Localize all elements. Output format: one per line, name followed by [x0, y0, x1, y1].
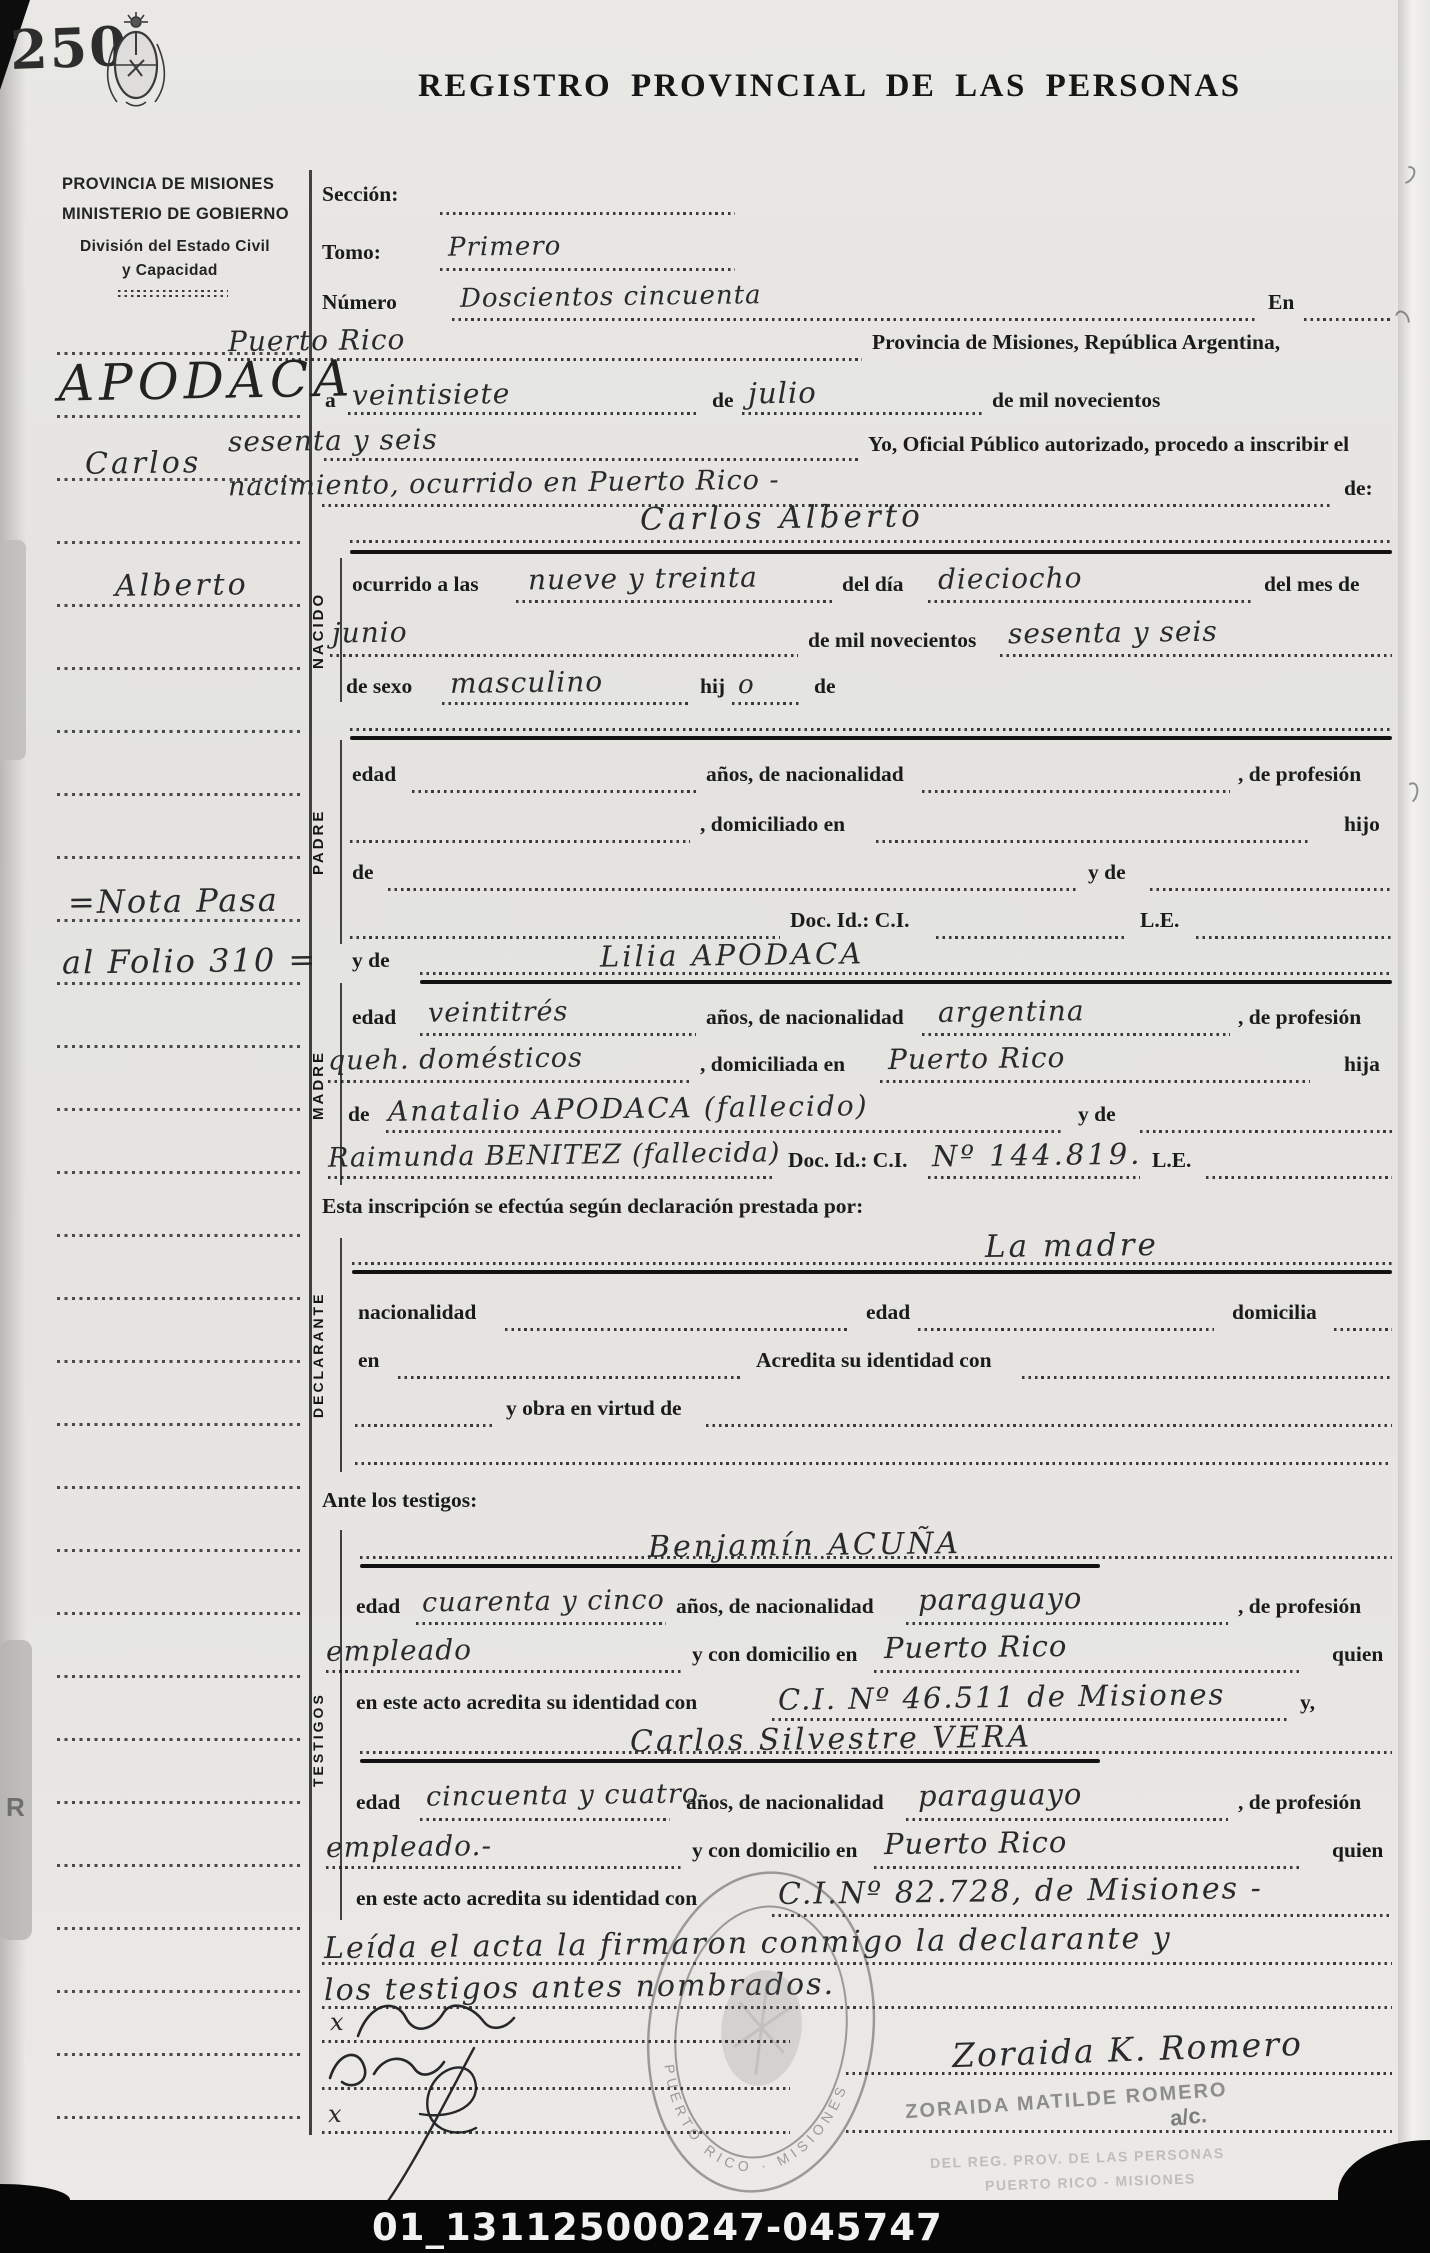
padre-prof-line	[350, 840, 690, 843]
declarante-edad-label: edad	[866, 1300, 910, 1325]
w2-nac-line	[906, 1818, 1228, 1821]
seccion-label: Sección:	[322, 182, 398, 207]
madre-y-de2-line	[1140, 1130, 1392, 1133]
w2-nacionalidad-value: paraguayo	[918, 1777, 1083, 1813]
month-line	[742, 412, 984, 415]
margin-given-name-2: Alberto	[115, 567, 249, 604]
nacido-ocurrido-label: ocurrido a las	[352, 572, 479, 597]
madre-name-dotted	[420, 972, 1392, 975]
declarante-domicilia-label: domicilia	[1232, 1300, 1317, 1325]
w1-edad-line	[416, 1622, 666, 1625]
w2-profesion-value: empleado.-	[326, 1829, 492, 1864]
margin-rule-line	[57, 1675, 303, 1678]
margin-rule-line	[57, 982, 303, 985]
declarante-rule	[352, 1270, 1392, 1274]
w1-domicilio-label: y con domicilio en	[692, 1642, 857, 1667]
office-line-1: PROVINCIA DE MISIONES	[62, 175, 274, 194]
w2-dom-line	[874, 1866, 1302, 1869]
madre-ci-value: Nº 144.819.	[932, 1137, 1143, 1174]
w1-nac-line	[906, 1622, 1228, 1625]
edge-mark: R	[6, 1792, 25, 1823]
office-line-4: y Capacidad	[122, 262, 218, 280]
padre-rail	[340, 740, 342, 944]
madre-doc-label: Doc. Id.: C.I.	[788, 1148, 907, 1173]
declarante-en-label: en	[358, 1348, 380, 1373]
margin-rule-line	[57, 793, 303, 796]
madre-name-value: Lilia APODACA	[600, 936, 865, 973]
madre-edad-line	[420, 1033, 696, 1036]
declarante-rail	[340, 1238, 342, 1472]
nacido-hij-line	[732, 702, 802, 705]
padre-ci-line	[936, 936, 1126, 939]
nacido-month-value: junio	[332, 616, 408, 650]
margin-rule-line	[57, 1360, 303, 1363]
margin-rule-line	[57, 1171, 303, 1174]
w1-quien-label: quien	[1332, 1642, 1383, 1667]
declarante-obra-line	[706, 1424, 1392, 1427]
padre-top-dotted	[350, 728, 1392, 731]
nacido-hij-value: o	[738, 670, 755, 700]
nacido-sexo-label: de sexo	[346, 674, 412, 699]
madre-name-rule	[420, 980, 1392, 984]
margin-rule-line	[57, 1612, 303, 1615]
signature-scrawl-2	[324, 2044, 584, 2214]
nacido-month-line	[330, 654, 798, 657]
official-signature: Zoraida K. Romero	[951, 2024, 1303, 2075]
margin-rule-line	[57, 1801, 303, 1804]
nacido-de-label: de	[814, 674, 836, 699]
nacido-sex-line	[442, 702, 688, 705]
margin-rule-line	[57, 541, 303, 544]
margin-rule-line	[57, 1423, 303, 1426]
padre-y-de-label: y de	[1088, 860, 1126, 885]
declarante-domicilia-line	[1334, 1328, 1392, 1331]
declarante-obra-pre-line	[355, 1424, 495, 1427]
gutter-blob-2	[0, 1640, 32, 1940]
office-underline-2	[118, 295, 228, 297]
event-value: nacimiento, ocurrido en Puerto Rico -	[228, 465, 780, 503]
day-value: veintisiete	[352, 377, 511, 412]
de-mil-text: de mil novecientos	[992, 388, 1160, 413]
margin-rule-line	[57, 604, 303, 607]
margin-rule-line	[57, 2116, 303, 2119]
margin-rule-line	[57, 2053, 303, 2056]
padre-nac-line	[922, 790, 1230, 793]
stamp-official-role: a/c.	[1169, 2102, 1208, 2132]
w1-nacionalidad-value: paraguayo	[918, 1581, 1083, 1617]
w2-edad-label: edad	[356, 1790, 400, 1815]
padre-dom-line	[876, 840, 1310, 843]
madre-madre-value: Raimunda BENITEZ (fallecida)	[328, 1137, 781, 1174]
margin-rule-line	[57, 856, 303, 859]
declarante-en-line	[398, 1376, 740, 1379]
witness2-name-rule	[360, 1759, 1100, 1763]
w1-anos-label: años, de nacionalidad	[676, 1594, 874, 1619]
margin-rule-line	[57, 1297, 303, 1300]
madre-padre-line	[386, 1130, 1062, 1133]
madre-prof-line	[328, 1080, 690, 1083]
w1-domicilio-value: Puerto Rico	[884, 1629, 1068, 1665]
w2-edad-line	[420, 1818, 670, 1821]
nacido-year-value: sesenta y seis	[1008, 615, 1218, 651]
madre-profesion-label: , de profesión	[1238, 1005, 1361, 1030]
madre-domiciliada-label: , domiciliada en	[700, 1052, 845, 1077]
w2-edad-value: cincuenta y cuatro	[426, 1778, 699, 1812]
margin-rule-line	[57, 1738, 303, 1741]
provincia-text: Provincia de Misiones, República Argenti…	[872, 330, 1280, 355]
madre-profesion-value: queh. domésticos	[328, 1042, 583, 1076]
witness1-name: Benjamín ACUÑA	[648, 1526, 961, 1565]
place-line	[228, 358, 862, 361]
margin-rule-line	[57, 730, 303, 733]
nacido-sex-value: masculino	[450, 665, 604, 700]
year-value: sesenta y seis	[228, 423, 438, 459]
padre-domiciliado-label: , domiciliado en	[700, 812, 845, 837]
document-page: 250 REGISTRO PROVINCIAL DE LAS PERSONAS …	[0, 0, 1430, 2253]
w1-y-label: y,	[1300, 1690, 1315, 1715]
w1-dom-line	[874, 1670, 1302, 1673]
stamp-faint-line-1: DEL REG. PROV. DE LAS PERSONAS	[930, 2145, 1225, 2171]
sig-line-2	[322, 2087, 790, 2090]
declarante-declared-by: La madre	[985, 1227, 1159, 1265]
margin-rule-line	[57, 1486, 303, 1489]
margin-rule-line	[57, 1990, 303, 1993]
sig-mark-2: x	[328, 2100, 343, 2128]
padre-de-label: de	[352, 860, 374, 885]
declarante-nacionalidad-label: nacionalidad	[358, 1300, 476, 1325]
nacido-del-dia-label: del día	[842, 572, 904, 597]
section-label-padre: PADRE	[310, 742, 336, 942]
year-line	[324, 458, 860, 461]
en-label: En	[1268, 290, 1294, 315]
numero-value: Doscientos cincuenta	[460, 280, 762, 314]
declarante-acredita-label: Acredita su identidad con	[756, 1348, 992, 1373]
madre-anos-label: años, de nacionalidad	[706, 1005, 904, 1030]
place-value: Puerto Rico	[228, 323, 406, 358]
page-title: REGISTRO PROVINCIAL DE LAS PERSONAS	[418, 68, 1242, 105]
madre-edad-label: edad	[352, 1005, 396, 1030]
de-label: de	[712, 388, 734, 413]
madre-de-label: de	[348, 1102, 370, 1127]
edge-strip-right	[1398, 0, 1430, 2253]
de-colon-label: de:	[1344, 476, 1373, 501]
witness1-name-dotted	[360, 1556, 1392, 1559]
stamp-faint-line-2: PUERTO RICO - MISIONES	[985, 2170, 1196, 2193]
nacido-day-line	[928, 600, 1254, 603]
padre-hijo-label: hijo	[1344, 812, 1380, 837]
declarante-dotted	[352, 1262, 1392, 1265]
w1-doc-value: C.I. Nº 46.511 de Misiones	[778, 1677, 1226, 1716]
nacido-hij-label: hij	[700, 674, 725, 699]
w2-domicilio-value: Puerto Rico	[884, 1825, 1068, 1861]
madre-dom-line	[880, 1080, 1310, 1083]
seccion-blank	[440, 212, 735, 215]
padre-le-line	[1196, 936, 1392, 939]
madre-domicilio-value: Puerto Rico	[888, 1041, 1066, 1076]
testigos-intro: Ante los testigos:	[322, 1488, 477, 1513]
nacido-time-value: nueve y treinta	[528, 561, 758, 597]
numero-line	[452, 318, 1258, 321]
margin-rule-line	[57, 1108, 303, 1111]
madre-nac-line	[922, 1033, 1230, 1036]
padre-y-de-line	[1150, 888, 1392, 891]
padre-profesion-label: , de profesión	[1238, 762, 1361, 787]
w1-edad-label: edad	[356, 1594, 400, 1619]
w2-quien-label: quien	[1332, 1838, 1383, 1863]
coat-of-arms-icon	[102, 10, 170, 112]
registered-name: Carlos Alberto	[640, 498, 924, 537]
padre-edad-line	[412, 790, 696, 793]
w2-anos-label: años, de nacionalidad	[686, 1790, 884, 1815]
padre-le-label: L.E.	[1140, 908, 1179, 933]
sig-line-3	[322, 2131, 790, 2134]
margin-rule-line	[57, 1234, 303, 1237]
en-line	[1304, 318, 1392, 321]
madre-edad-value: veintitrés	[428, 996, 569, 1029]
tomo-label: Tomo:	[322, 240, 381, 265]
w1-acredita-label: en este acto acredita su identidad con	[356, 1690, 697, 1715]
w2-acredita-label: en este acto acredita su identidad con	[356, 1886, 697, 1911]
madre-padre-value: Anatalio APODACA (fallecido)	[388, 1089, 869, 1128]
month-value: julio	[748, 376, 817, 411]
stamp-line	[846, 2130, 1392, 2133]
oficial-text: Yo, Oficial Público autorizado, procedo …	[868, 432, 1349, 457]
office-line-2: MINISTERIO DE GOBIERNO	[62, 205, 289, 224]
gutter-blob-1	[0, 540, 26, 760]
tomo-value: Primero	[448, 231, 562, 262]
tomo-line	[440, 268, 735, 271]
nacido-del-mes-label: del mes de	[1264, 572, 1360, 597]
padre-anos-label: años, de nacionalidad	[706, 762, 904, 787]
padre-de-line	[388, 888, 1076, 891]
witness2-name-dotted	[360, 1751, 1392, 1754]
padre-doc-label: Doc. Id.: C.I.	[790, 908, 909, 933]
declarante-nac-line	[505, 1328, 850, 1331]
declarante-obra-label: y obra en virtud de	[506, 1396, 682, 1421]
sig-line-1	[322, 2040, 790, 2043]
w1-profesion-value: empleado	[326, 1633, 472, 1668]
day-line	[348, 412, 700, 415]
margin-rule-line	[57, 1864, 303, 1867]
registry-seal: PUERTO RICO · MISIONES	[616, 1846, 906, 2219]
nacido-day-value: dieciocho	[938, 561, 1083, 596]
section-label-declarante: DECLARANTE	[310, 1240, 336, 1470]
nacido-year-line	[1000, 654, 1392, 657]
madre-madre-line	[328, 1176, 774, 1179]
margin-rule-line	[57, 415, 303, 418]
a-label: a	[325, 388, 336, 413]
office-underline	[118, 290, 228, 292]
declarante-blank-line	[355, 1462, 1392, 1465]
madre-ci-line	[928, 1176, 1140, 1179]
margin-given-name-1: Carlos	[85, 445, 202, 481]
declarante-edad-line	[918, 1328, 1214, 1331]
madre-nacionalidad-value: argentina	[938, 994, 1085, 1029]
photo-id-text: 01_131125000247-045747	[372, 2206, 943, 2249]
official-sig-line	[846, 2072, 1392, 2075]
nacido-de-mil-label: de mil novecientos	[808, 628, 976, 653]
padre-top-rule	[350, 736, 1392, 740]
margin-rule-line	[57, 1927, 303, 1930]
madre-hija-label: hija	[1344, 1052, 1380, 1077]
office-line-3: División del Estado Civil	[80, 238, 270, 256]
madre-le-label: L.E.	[1152, 1148, 1191, 1173]
margin-rule-line	[57, 1549, 303, 1552]
corner-wedge-bottomright	[1338, 2140, 1430, 2202]
witness1-name-rule	[360, 1564, 1100, 1568]
declarante-intro: Esta inscripción se efectúa según declar…	[322, 1194, 863, 1219]
margin-rule-line	[57, 1045, 303, 1048]
padre-edad-label: edad	[352, 762, 396, 787]
name-rule	[350, 550, 1392, 554]
nacido-time-line	[516, 600, 832, 603]
margin-note-line-2: al Folio 310 =	[62, 940, 318, 981]
sig-mark-1: x	[330, 2008, 345, 2036]
declarante-acredita-line	[1022, 1376, 1392, 1379]
w1-profesion-label: , de profesión	[1238, 1594, 1361, 1619]
name-underline	[350, 540, 1392, 543]
numero-label: Número	[322, 290, 397, 315]
w2-prof-line	[326, 1866, 682, 1869]
w1-prof-line	[326, 1670, 682, 1673]
w2-profesion-label: , de profesión	[1238, 1790, 1361, 1815]
w1-edad-value: cuarenta y cinco	[422, 1585, 665, 1619]
margin-rule-line	[57, 667, 303, 670]
madre-le-line	[1206, 1176, 1392, 1179]
margin-note-line-1: =Nota Pasa	[68, 881, 279, 922]
madre-y-de-label: y de	[352, 948, 390, 973]
madre-y-de2-label: y de	[1078, 1102, 1116, 1127]
